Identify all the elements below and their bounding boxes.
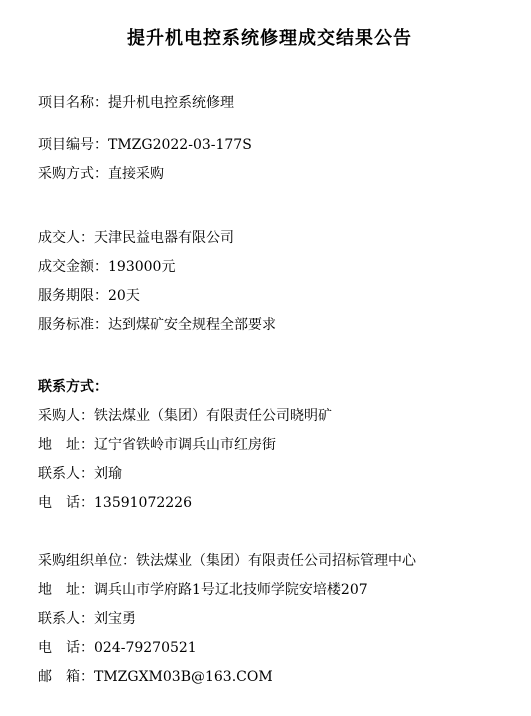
amount-value: 193000元 (108, 259, 175, 275)
project-name-label: 项目名称： (38, 95, 108, 111)
announcement-document: 提升机电控系统修理成交结果公告 项目名称：提升机电控系统修理 项目编号：TMZG… (0, 0, 531, 716)
document-title: 提升机电控系统修理成交结果公告 (38, 26, 501, 52)
purchaser-label: 采购人： (38, 408, 94, 424)
line-purchaser-address: 地 址：辽宁省铁岭市调兵山市红房街 (38, 431, 501, 460)
project-name-value: 提升机电控系统修理 (108, 95, 234, 111)
service-period-value: 20天 (108, 288, 140, 304)
line-org-contact: 联系人：刘宝勇 (38, 605, 501, 634)
line-org-email: 邮 箱：TMZGXM03B@163.COM (38, 663, 501, 692)
org-contact-label: 联系人： (38, 611, 94, 627)
purchaser-contact-label: 联系人： (38, 466, 94, 482)
service-standard-label: 服务标准： (38, 317, 108, 333)
project-no-label: 项目编号： (38, 137, 108, 153)
line-amount: 成交金额：193000元 (38, 253, 501, 282)
purchaser-phone-value: 13591072226 (94, 495, 192, 511)
purchaser-contact-value: 刘瑜 (94, 466, 122, 482)
org-email-value: TMZGXM03B@163.COM (94, 669, 273, 685)
org-unit-label: 采购组织单位： (38, 553, 136, 569)
line-procurement-method: 采购方式：直接采购 (38, 160, 501, 189)
line-org-phone: 电 话：024-79270521 (38, 634, 501, 663)
purchaser-address-value: 辽宁省铁岭市调兵山市红房街 (94, 437, 276, 453)
winner-value: 天津民益电器有限公司 (94, 230, 234, 246)
org-contact-value: 刘宝勇 (94, 611, 136, 627)
line-org-unit: 采购组织单位：铁法煤业（集团）有限责任公司招标管理中心 (38, 547, 501, 576)
line-purchaser-contact: 联系人：刘瑜 (38, 460, 501, 489)
line-purchaser: 采购人：铁法煤业（集团）有限责任公司晓明矿 (38, 402, 501, 431)
line-winner: 成交人：天津民益电器有限公司 (38, 224, 501, 253)
amount-label: 成交金额： (38, 259, 108, 275)
line-org-address: 地 址：调兵山市学府路1号辽北技师学院安培楼207 (38, 576, 501, 605)
purchaser-value: 铁法煤业（集团）有限责任公司晓明矿 (94, 408, 332, 424)
line-project-no: 项目编号：TMZG2022-03-177S (38, 131, 501, 160)
line-project-name: 项目名称：提升机电控系统修理 (38, 89, 501, 118)
contact-section-heading: 联系方式： (38, 373, 501, 402)
purchaser-address-label: 地 址： (38, 437, 94, 453)
org-phone-value: 024-79270521 (94, 640, 197, 656)
service-standard-value: 达到煤矿安全规程全部要求 (108, 317, 276, 333)
project-no-value: TMZG2022-03-177S (108, 137, 252, 153)
service-period-label: 服务期限： (38, 288, 108, 304)
org-address-value: 调兵山市学府路1号辽北技师学院安培楼207 (94, 582, 368, 598)
org-email-label: 邮 箱： (38, 669, 94, 685)
line-service-period: 服务期限：20天 (38, 282, 501, 311)
org-unit-value: 铁法煤业（集团）有限责任公司招标管理中心 (136, 553, 416, 569)
purchaser-phone-label: 电 话： (38, 495, 94, 511)
line-service-standard: 服务标准：达到煤矿安全规程全部要求 (38, 311, 501, 340)
procurement-method-label: 采购方式： (38, 166, 108, 182)
winner-label: 成交人： (38, 230, 94, 246)
procurement-method-value: 直接采购 (108, 166, 164, 182)
org-phone-label: 电 话： (38, 640, 94, 656)
line-purchaser-phone: 电 话：13591072226 (38, 489, 501, 518)
org-address-label: 地 址： (38, 582, 94, 598)
